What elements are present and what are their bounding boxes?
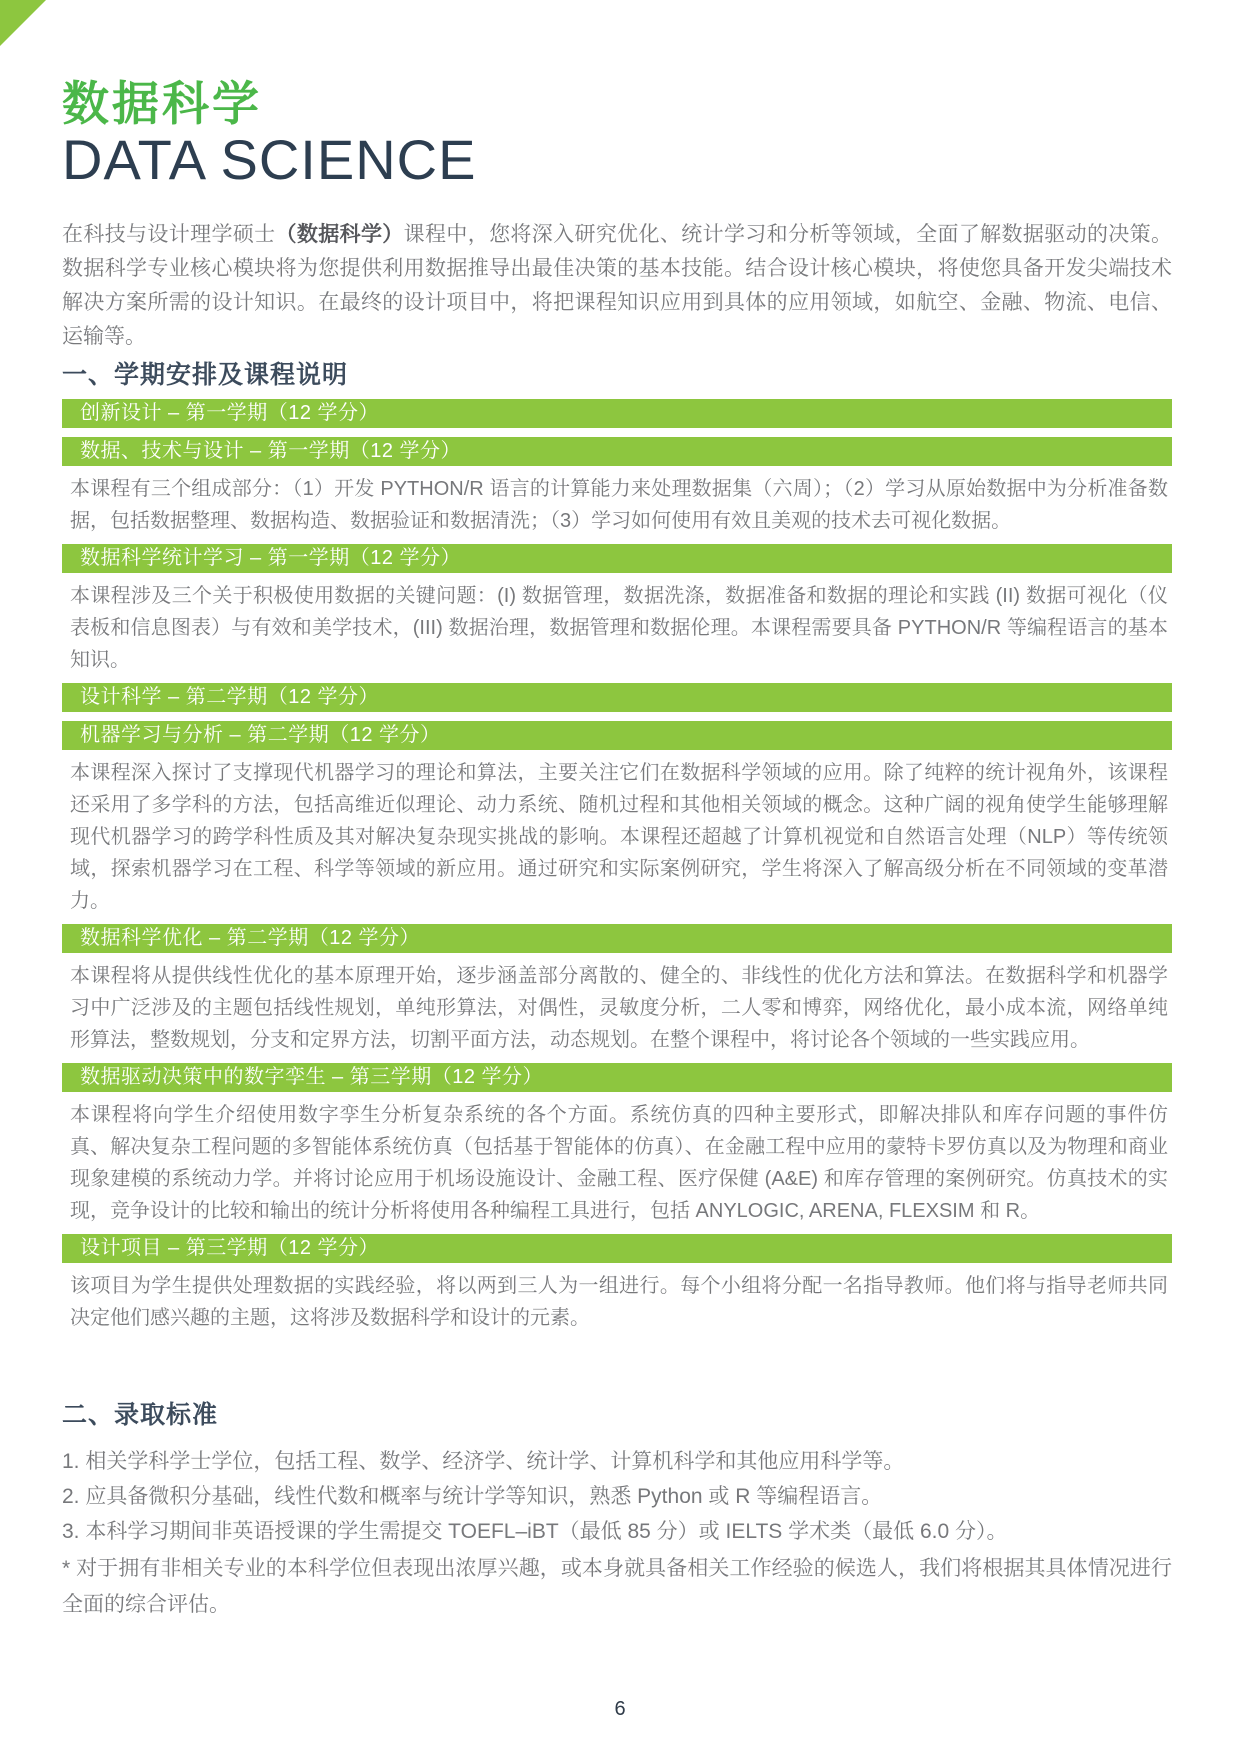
- course-bar: 数据科学优化 – 第二学期（12 学分）: [62, 924, 1172, 953]
- page-title-english: DATA SCIENCE: [62, 132, 1172, 188]
- course-bar: 设计项目 – 第三学期（12 学分）: [62, 1234, 1172, 1263]
- admission-item: 1. 相关学科学士学位，包括工程、数学、经济学、统计学、计算机科学和其他应用科学…: [62, 1444, 1172, 1479]
- course-desc: 本课程将向学生介绍使用数字孪生分析复杂系统的各个方面。系统仿真的四种主要形式，即…: [62, 1099, 1172, 1227]
- page-title-chinese: 数据科学: [62, 0, 1172, 130]
- corner-triangle-decoration: [0, 0, 46, 46]
- course-bar: 数据、技术与设计 – 第一学期（12 学分）: [62, 437, 1172, 466]
- admission-item: 3. 本科学习期间非英语授课的学生需提交 TOEFL–iBT（最低 85 分）或…: [62, 1514, 1172, 1549]
- admission-item: 2. 应具备微积分基础，线性代数和概率与统计学等知识，熟悉 Python 或 R…: [62, 1479, 1172, 1514]
- course-desc: 该项目为学生提供处理数据的实践经验，将以两到三人为一组进行。每个小组将分配一名指…: [62, 1270, 1172, 1334]
- page-content: 数据科学 DATA SCIENCE 在科技与设计理学硕士（数据科学）课程中，您将…: [0, 0, 1240, 1623]
- course-desc: 本课程有三个组成部分：（1）开发 PYTHON/R 语言的计算能力来处理数据集（…: [62, 473, 1172, 537]
- page-number: 6: [0, 1698, 1240, 1721]
- course-bar: 数据科学统计学习 – 第一学期（12 学分）: [62, 544, 1172, 573]
- intro-paragraph: 在科技与设计理学硕士（数据科学）课程中，您将深入研究优化、统计学习和分析等领域，…: [62, 218, 1172, 354]
- course-list: 创新设计 – 第一学期（12 学分） 数据、技术与设计 – 第一学期（12 学分…: [62, 399, 1172, 1334]
- intro-text-pre: 在科技与设计理学硕士: [62, 223, 276, 246]
- course-bar: 创新设计 – 第一学期（12 学分）: [62, 399, 1172, 428]
- section2-heading: 二、录取标准: [62, 1400, 1172, 1430]
- course-bar: 设计科学 – 第二学期（12 学分）: [62, 683, 1172, 712]
- admission-footnote: * 对于拥有非相关专业的本科学位但表现出浓厚兴趣，或本身就具备相关工作经验的候选…: [62, 1551, 1172, 1623]
- course-bar: 数据驱动决策中的数字孪生 – 第三学期（12 学分）: [62, 1063, 1172, 1092]
- course-desc: 本课程深入探讨了支撑现代机器学习的理论和算法，主要关注它们在数据科学领域的应用。…: [62, 757, 1172, 917]
- intro-text-bold: （数据科学）: [276, 223, 404, 246]
- course-desc: 本课程涉及三个关于积极使用数据的关键问题：(I) 数据管理，数据洗涤，数据准备和…: [62, 580, 1172, 676]
- course-desc: 本课程将从提供线性优化的基本原理开始，逐步涵盖部分离散的、健全的、非线性的优化方…: [62, 960, 1172, 1056]
- admission-criteria-list: 1. 相关学科学士学位，包括工程、数学、经济学、统计学、计算机科学和其他应用科学…: [62, 1444, 1172, 1623]
- course-bar: 机器学习与分析 – 第二学期（12 学分）: [62, 721, 1172, 750]
- section1-heading: 一、学期安排及课程说明: [62, 360, 1172, 390]
